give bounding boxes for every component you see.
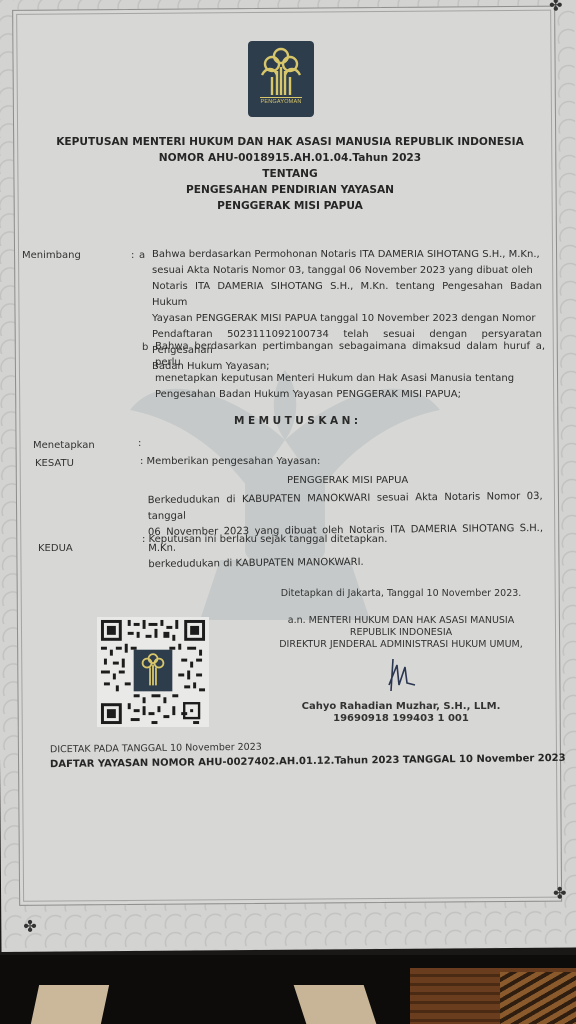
on-behalf-line: REPUBLIK INDONESIA <box>276 627 526 639</box>
title-line: PENGESAHAN PENDIRIAN YAYASAN <box>40 182 540 198</box>
qr-code-icon[interactable] <box>97 617 209 727</box>
foundation-name-title: PENGGERAK MISI PAPUA <box>40 198 540 214</box>
signer-nip: 19690918 199403 1 001 <box>276 713 526 725</box>
text-line: Notaris ITA DAMERIA SIHOTANG S.H., M.Kn.… <box>152 279 542 311</box>
pengayoman-logo: PENGAYOMAN <box>248 41 314 117</box>
kesatu-intro: : Memberikan pengesahan Yayasan: <box>140 454 540 470</box>
text-line: Bahwa berdasarkan Permohonan Notaris ITA… <box>152 247 542 263</box>
menimbang-label: Menimbang <box>22 250 81 261</box>
place-date: Ditetapkan di Jakarta, Tanggal 10 Novemb… <box>276 588 526 600</box>
title-line: KEPUTUSAN MENTERI HUKUM DAN HAK ASASI MA… <box>40 134 540 150</box>
text-line: sesuai Akta Notaris Nomor 03, tanggal 06… <box>152 263 542 279</box>
text-line: Berkedudukan di KABUPATEN MANOKWARI sesu… <box>148 489 543 525</box>
separator: : <box>131 250 134 261</box>
text-line: berkedudukan di KABUPATEN MANOKWARI. <box>148 553 543 573</box>
title-line: TENTANG <box>40 166 540 182</box>
kedua-label: KEDUA <box>38 543 73 554</box>
kesatu-foundation-name: PENGGERAK MISI PAPUA <box>287 473 408 489</box>
foundation-register-number: DAFTAR YAYASAN NOMOR AHU-0027402.AH.01.1… <box>50 753 566 770</box>
on-behalf-line: a.n. MENTERI HUKUM DAN HAK ASASI MANUSIA <box>276 615 526 627</box>
text-line: Bahwa berdasarkan pertimbangan sebagaima… <box>155 339 545 371</box>
decree-number: NOMOR AHU-0018915.AH.01.04.Tahun 2023 <box>40 150 540 166</box>
signature-scribble-icon <box>371 655 431 695</box>
menetapkan-label: Menetapkan <box>33 440 95 451</box>
logo-caption: PENGAYOMAN <box>260 97 301 105</box>
memutuskan-heading: MEMUTUSKAN: <box>234 415 362 427</box>
kesatu-domicile: Berkedudukan di KABUPATEN MANOKWARI sesu… <box>148 489 544 573</box>
document-content: PENGAYOMAN KEPUTUSAN MENTERI HUKUM DAN H… <box>0 0 576 960</box>
signature-block: Ditetapkan di Jakarta, Tanggal 10 Novemb… <box>276 588 526 725</box>
decree-title: KEPUTUSAN MENTERI HUKUM DAN HAK ASASI MA… <box>40 134 540 214</box>
text-line: menetapkan keputusan Menteri Hukum dan H… <box>155 371 545 387</box>
text-line: Yayasan PENGGERAK MISI PAPUA tanggal 10 … <box>152 311 542 327</box>
on-behalf-line: DIREKTUR JENDERAL ADMINISTRASI HUKUM UMU… <box>276 639 526 651</box>
pengayoman-tree-icon <box>256 45 306 97</box>
signer-name: Cahyo Rahadian Muzhar, S.H., LLM. <box>276 701 526 713</box>
rattan-chair <box>500 972 576 1024</box>
kesatu-label: KESATU <box>35 458 74 469</box>
background-light <box>31 985 109 1024</box>
printed-date: DICETAK PADA TANGGAL 10 November 2023 <box>50 742 262 756</box>
background-light <box>294 985 377 1024</box>
separator: : <box>138 438 141 449</box>
item-marker-b: b <box>142 342 148 353</box>
menimbang-item-b: Bahwa berdasarkan pertimbangan sebagaima… <box>155 339 545 403</box>
kedua-text: : Keputusan ini berlaku sejak tanggal di… <box>142 532 542 548</box>
item-marker-a: a <box>139 250 145 261</box>
text-line: Pengesahan Badan Hukum Yayasan PENGGERAK… <box>155 387 545 403</box>
